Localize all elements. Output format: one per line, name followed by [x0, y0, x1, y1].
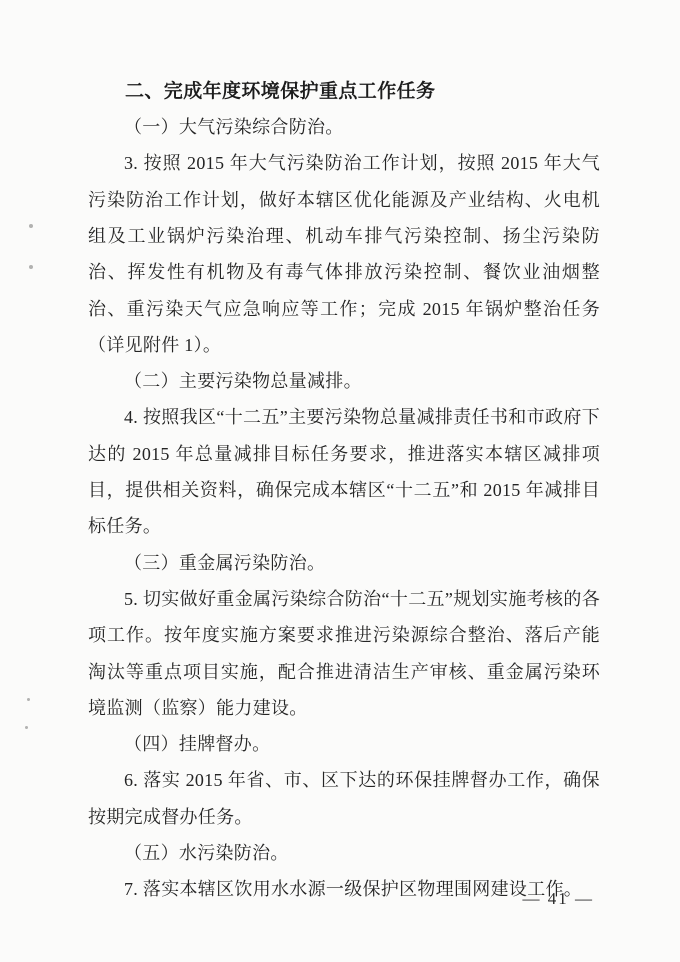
subsection-heading: （四）挂牌督办。 [88, 726, 600, 762]
page-number: — 41 — [523, 888, 595, 910]
document-page: 二、完成年度环境保护重点工作任务 （一）大气污染综合防治。 3. 按照 2015… [0, 0, 680, 962]
subsection-heading: （二）主要污染物总量减排。 [88, 363, 600, 399]
scan-speck [27, 698, 30, 701]
section-heading: 二、完成年度环境保护重点工作任务 [88, 73, 600, 109]
paragraph: 6. 落实 2015 年省、市、区下达的环保挂牌督办工作，确保按期完成督办任务。 [88, 762, 600, 835]
subsection-heading: （一）大气污染综合防治。 [88, 109, 600, 145]
document-body: 二、完成年度环境保护重点工作任务 （一）大气污染综合防治。 3. 按照 2015… [88, 73, 600, 908]
scan-speck [25, 726, 28, 729]
paragraph: 5. 切实做好重金属污染综合防治“十二五”规划实施考核的各项工作。按年度实施方案… [88, 581, 600, 726]
scan-speck [29, 224, 33, 228]
paragraph: 3. 按照 2015 年大气污染防治工作计划，按照 2015 年大气污染防治工作… [88, 145, 600, 363]
subsection-heading: （五）水污染防治。 [88, 835, 600, 871]
scan-speck [29, 265, 33, 269]
paragraph: 4. 按照我区“十二五”主要污染物总量减排责任书和市政府下达的 2015 年总量… [88, 399, 600, 544]
subsection-heading: （三）重金属污染防治。 [88, 545, 600, 581]
